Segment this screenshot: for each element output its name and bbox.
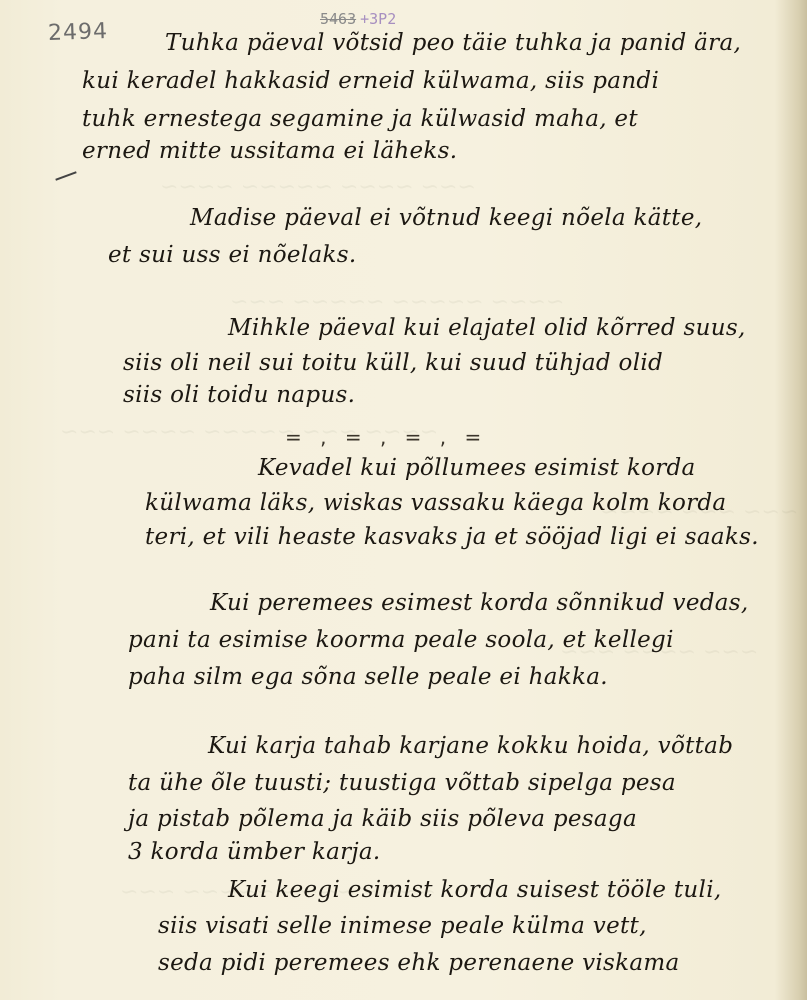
text-line: Kui karja tahab karjane kokku hoida, võt… bbox=[208, 733, 733, 759]
text-line: Kui peremees esimest korda sõnnikud veda… bbox=[210, 590, 749, 616]
text-line: siis visati selle inimese peale külma ve… bbox=[158, 913, 647, 939]
text-line: kui keradel hakkasid erneid külwama, sii… bbox=[82, 68, 659, 94]
text-line: külwama läks, wiskas vassaku käega kolm … bbox=[145, 490, 726, 516]
text-line: Tuhka päeval võtsid peo täie tuhka ja pa… bbox=[165, 30, 741, 56]
text-line: paha silm ega sõna selle peale ei hakka. bbox=[128, 664, 608, 690]
crossed-out-number: 5463 bbox=[320, 10, 356, 28]
text-line: siis oli neil sui toitu küll, kui suud t… bbox=[123, 350, 663, 376]
text-line: ja pistab põlema ja käib siis põleva pes… bbox=[128, 806, 637, 832]
text-line: Kui keegi esimist korda suisest tööle tu… bbox=[228, 877, 721, 903]
catalog-stamp: 5463+3P2 bbox=[320, 10, 396, 28]
text-line: et sui uss ei nõelaks. bbox=[108, 242, 356, 268]
manuscript-page: ~~~ ~~~~ ~~~~~ ~~~~ ~~~~ ~~~~~ ~~~~~ ~~~… bbox=[0, 0, 807, 1000]
margin-mark bbox=[55, 171, 76, 180]
text-line: ta ühe õle tuusti; tuustiga võttab sipel… bbox=[128, 770, 676, 796]
text-line: Kevadel kui põllumees esimist korda bbox=[258, 455, 696, 481]
archive-number: 2494 bbox=[48, 19, 109, 46]
text-line: seda pidi peremees ehk perenaene viskama bbox=[158, 950, 680, 976]
text-line: erned mitte ussitama ei läheks. bbox=[82, 138, 457, 164]
text-line: Mihkle päeval kui elajatel olid kõrred s… bbox=[228, 315, 746, 341]
text-line: Madise päeval ei võtnud keegi nõela kätt… bbox=[190, 205, 702, 231]
text-line: 3 korda ümber karja. bbox=[128, 839, 381, 865]
stamp-number: +3P2 bbox=[360, 10, 396, 28]
text-line: siis oli toidu napus. bbox=[123, 382, 355, 408]
text-line: tuhk ernestega segamine ja külwasid maha… bbox=[82, 106, 638, 132]
text-line: pani ta esimise koorma peale soola, et k… bbox=[128, 627, 674, 653]
text-line: teri, et vili heaste kasvaks ja et sööja… bbox=[145, 524, 759, 550]
section-divider: = , = , = , = bbox=[285, 425, 487, 449]
